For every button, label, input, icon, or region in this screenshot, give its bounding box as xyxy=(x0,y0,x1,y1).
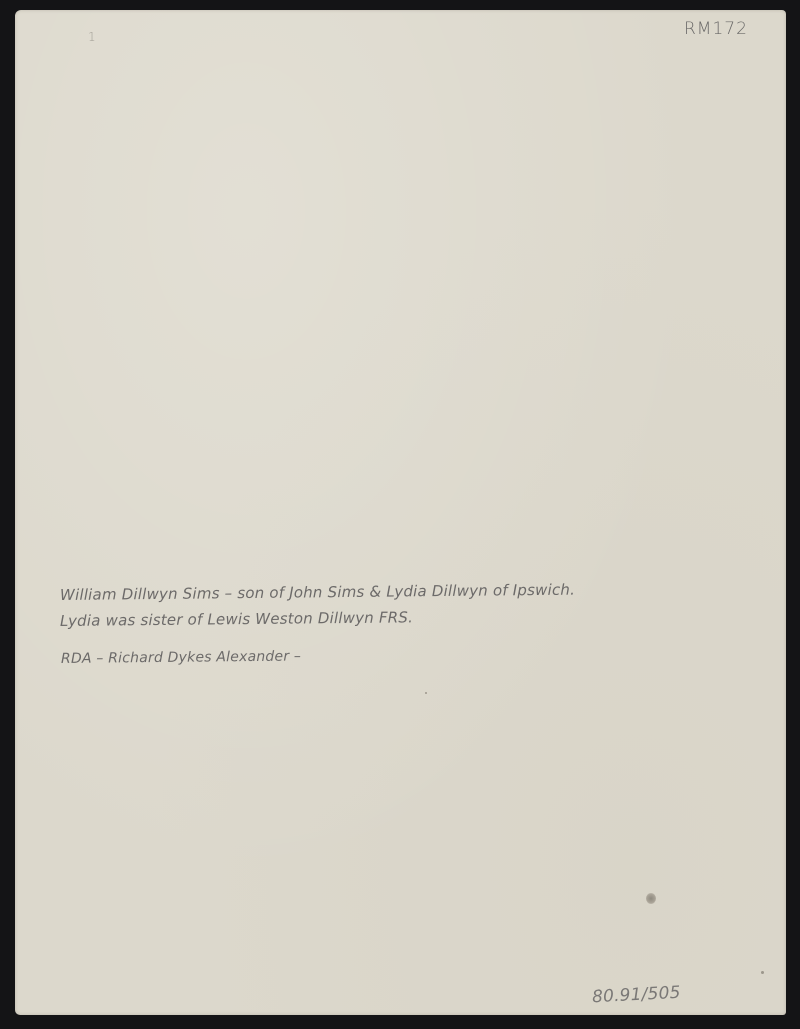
stain-spot xyxy=(646,893,656,904)
note-line-2: Lydia was sister of Lewis Weston Dillwyn… xyxy=(60,608,413,630)
document-card: 1 RM172 William Dillwyn Sims – son of Jo… xyxy=(15,10,786,1015)
note-line-3: RDA – Richard Dykes Alexander – xyxy=(61,648,301,667)
reference-code: RM172 xyxy=(684,19,748,39)
pencil-mark: 1 xyxy=(88,30,96,44)
accession-number: 80.91/505 xyxy=(592,983,682,1008)
paper-speck xyxy=(425,692,427,694)
note-line-1: William Dillwyn Sims – son of John Sims … xyxy=(60,581,575,604)
paper-speck xyxy=(761,971,764,974)
